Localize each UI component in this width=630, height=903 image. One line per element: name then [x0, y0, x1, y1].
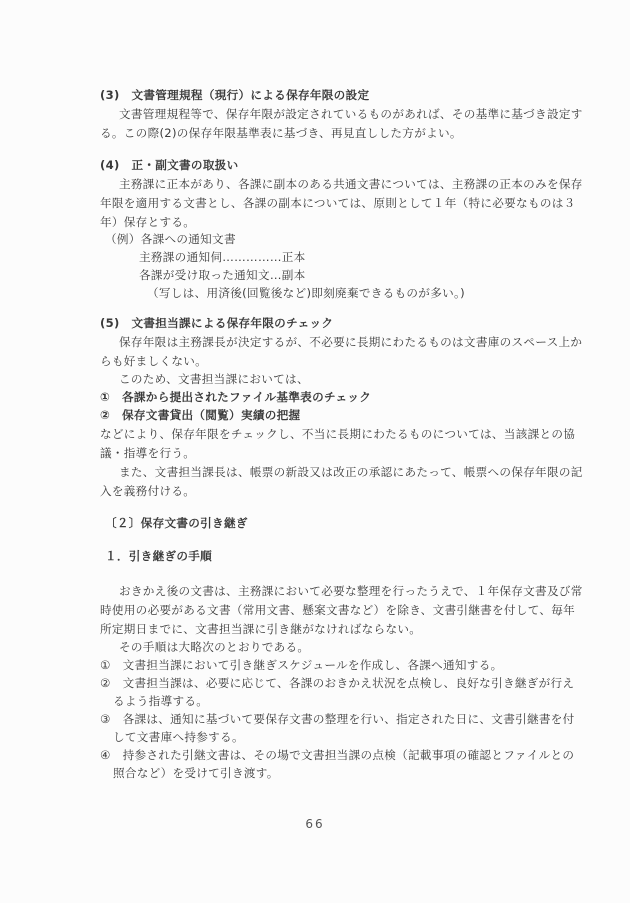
paragraph-line: 時使用の必要がある文書（常用文書、懸案文書など）を除き、文書引継書を付して、毎年	[100, 602, 575, 618]
paragraph-line: る。この際(2)の保存年限基準表に基づき、再見直しした方がよい。	[100, 125, 462, 141]
section-4-heading: (4) 正・副文書の取扱い	[100, 157, 239, 173]
step-item-cont: して文書庫へ持参する。	[113, 729, 244, 745]
paragraph-line: 年限を適用する文書とし、各課の副本については、原則として１年（特に必要なものは３	[100, 195, 576, 211]
paragraph-line: おきかえ後の文書は、主務課において必要な整理を行ったうえで、１年保存文書及び常	[119, 583, 583, 599]
step-item: ② 文書担当課は、必要に応じて、各課のおきかえ状況を点検し、良好な引き継ぎが行え	[100, 675, 574, 691]
example-note: （写しは、用済後(回覧後など)即刻廃棄できるものが多い。)	[147, 285, 465, 301]
list-item: ② 保存文書貸出（閲覧）実績の把握	[100, 407, 300, 423]
example-label: （例）各課への通知文書	[105, 231, 236, 247]
step-item: ④ 持参された引継文書は、その場で文書担当課の点検（記載事項の確認とファイルとの	[100, 747, 574, 763]
step-item-cont: 照合など）を受けて引き渡す。	[113, 765, 279, 781]
paragraph-line: 年）保存とする。	[100, 214, 195, 230]
chapter-subtitle: １．引き継ぎの手順	[105, 548, 212, 564]
list-item: ① 各課から提出されたファイル基準表のチェック	[100, 389, 371, 405]
paragraph-line: などにより、保存年限をチェックし、不当に長期にわたるものについては、当該課との協	[100, 426, 575, 442]
paragraph-line: その手順は大略次のとおりである。	[119, 639, 309, 655]
paragraph-line: らも好ましくない。	[100, 353, 207, 369]
step-item: ③ 各課は、通知に基づいて要保存文書の整理を行い、指定された日に、文書引継書を付	[100, 711, 575, 727]
paragraph-line: このため、文書担当課においては、	[119, 371, 309, 387]
chapter-title: 〔２〕保存文書の引き継ぎ	[105, 515, 248, 531]
step-item-cont: るよう指導する。	[113, 693, 208, 709]
page-number: 66	[0, 817, 630, 831]
paragraph-line: 主務課に正本があり、各課に副本のある共通文書については、主務課の正本のみを保存	[119, 176, 583, 192]
step-item: ① 文書担当課において引き継ぎスケジュールを作成し、各課へ通知する。	[100, 657, 503, 673]
paragraph-line: 保存年限は主務課長が決定するが、不必要に長期にわたるものは文書庫のスペース上か	[119, 334, 582, 350]
section-3-heading: (3) 文書管理規程（現行）による保存年限の設定	[100, 87, 369, 103]
paragraph-line: また、文書担当課長は、帳票の新設又は改正の承認にあたって、帳票への保存年限の記	[119, 464, 583, 480]
example-line: 各課が受け取った通知文…副本	[139, 267, 306, 283]
paragraph-line: 所定期日までに、文書担当課に引き継がなければならない。	[100, 621, 421, 637]
paragraph-line: 議・指導を行う。	[100, 445, 195, 461]
section-5-heading: (5) 文書担当課による保存年限のチェック	[100, 315, 333, 331]
paragraph-line: 文書管理規程等で、保存年限が設定されているものがあれば、その基準に基づき設定す	[119, 106, 583, 122]
example-line: 主務課の通知伺……………正本	[139, 249, 306, 265]
paragraph-line: 入を義務付ける。	[100, 483, 195, 499]
